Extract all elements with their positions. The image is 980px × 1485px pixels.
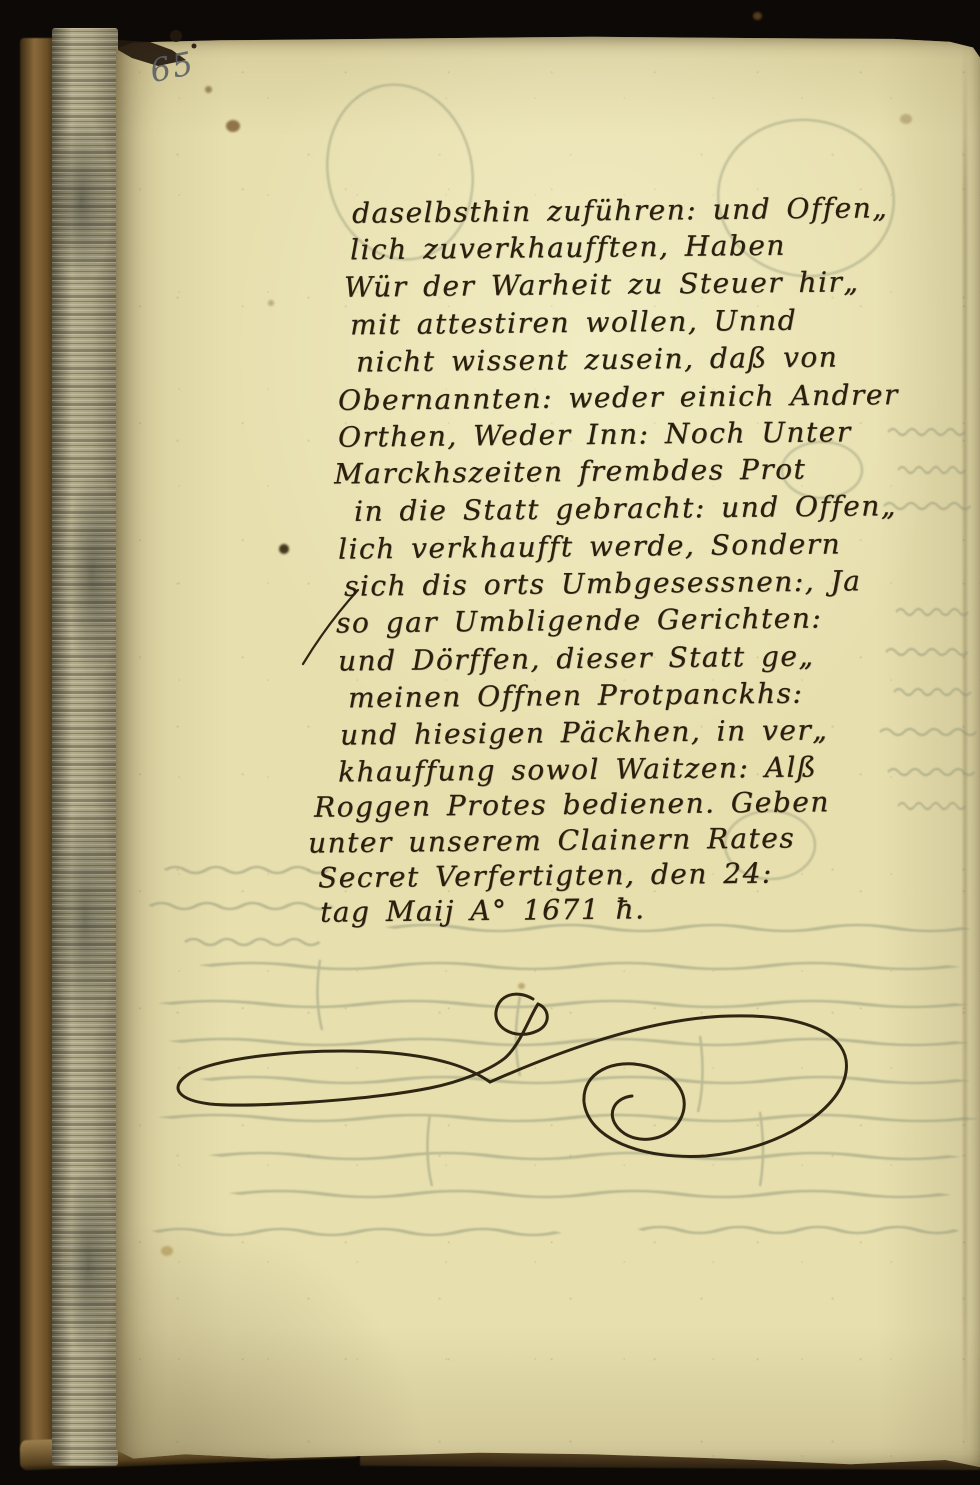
calligraphic-flourish	[0, 0, 980, 1485]
photo-background: 65 daselbsthin zuführen: und Offen„ lich…	[0, 0, 980, 1485]
